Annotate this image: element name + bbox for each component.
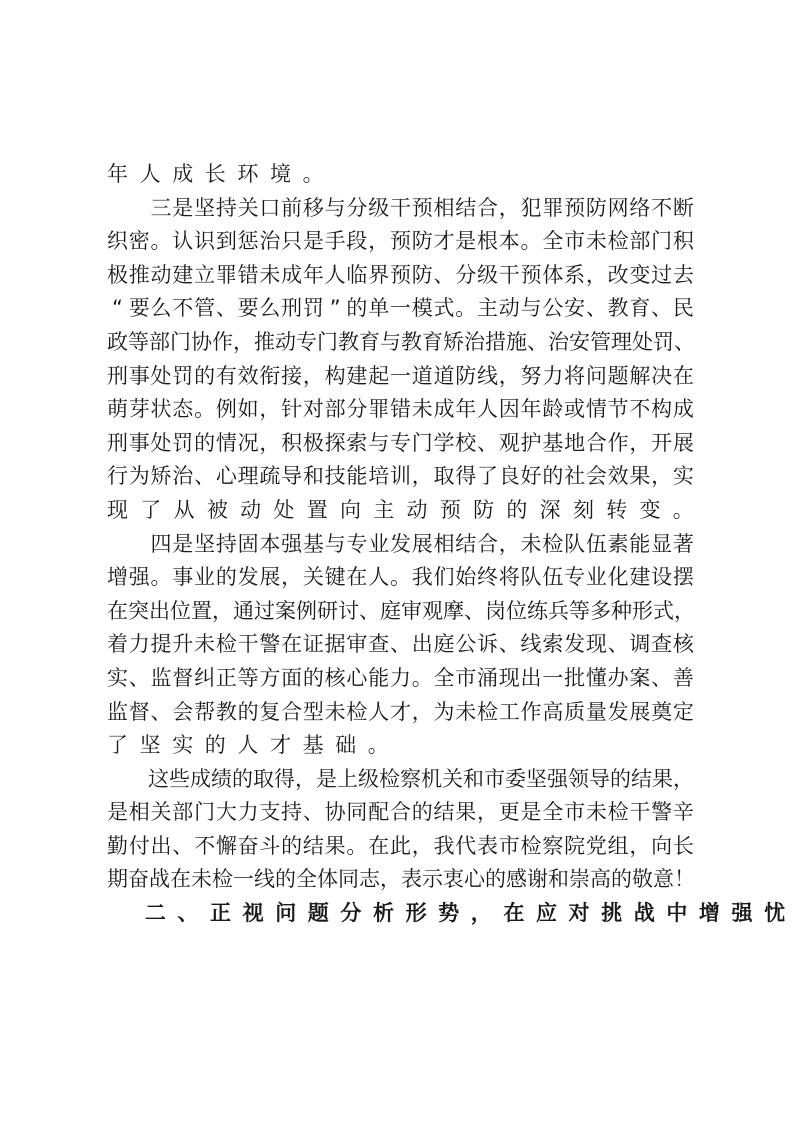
text-line: 二、正视问题分析形势，在应对挑战中增强忧患意识 [107,897,694,931]
text-line: 行为矫治、心理疏导和技能培训，取得了良好的社会效果，实 [107,460,694,494]
body-paragraph: 这些成绩的取得，是上级检察机关和市委坚强领导的结果，是相关部门大力支持、协同配合… [107,763,694,897]
body-paragraph: 年人成长环境。 [107,158,694,192]
text-line: 政等部门协作，推动专门教育与教育矫治措施、治安管理处罚、 [107,326,694,360]
text-line: 在突出位置，通过案例研讨、庭审观摩、岗位练兵等多种形式， [107,595,694,629]
text-line: 极推动建立罪错未成年人临界预防、分级干预体系，改变过去 [107,259,694,293]
text-line: 是相关部门大力支持、协同配合的结果，更是全市未检干警辛 [107,796,694,830]
text-line: 织密。认识到惩治只是手段，预防才是根本。全市未检部门积 [107,225,694,259]
body-paragraph: 三是坚持关口前移与分级干预相结合，犯罪预防网络不断织密。认识到惩治只是手段，预防… [107,192,694,528]
text-line: 了坚实的人才基础。 [107,729,694,763]
text-line: 现了从被动处置向主动预防的深刻转变。 [107,494,694,528]
text-line: 年人成长环境。 [107,158,694,192]
text-line: 刑事处罚的有效衔接，构建起一道道防线，努力将问题解决在 [107,360,694,394]
text-line: 三是坚持关口前移与分级干预相结合，犯罪预防网络不断 [107,192,694,226]
text-line: 实、监督纠正等方面的核心能力。全市涌现出一批懂办案、善 [107,662,694,696]
text-line: 刑事处罚的情况，积极探索与专门学校、观护基地合作，开展 [107,427,694,461]
text-line: 监督、会帮教的复合型未检人才，为未检工作高质量发展奠定 [107,696,694,730]
text-line: 萌芽状态。例如，针对部分罪错未成年人因年龄或情节不构成 [107,393,694,427]
text-line: 四是坚持固本强基与专业发展相结合，未检队伍素能显著 [107,528,694,562]
text-line: 着力提升未检干警在证据审查、出庭公诉、线索发现、调查核 [107,628,694,662]
section-heading: 二、正视问题分析形势，在应对挑战中增强忧患意识 [107,897,694,931]
text-line: 期奋战在未检一线的全体同志，表示衷心的感谢和崇高的敬意！ [107,863,694,897]
text-line: “要么不管、要么刑罚”的单一模式。主动与公安、教育、民 [107,292,694,326]
document-page: 年人成长环境。 三是坚持关口前移与分级干预相结合，犯罪预防网络不断织密。认识到惩… [107,158,694,931]
text-line: 这些成绩的取得，是上级检察机关和市委坚强领导的结果， [107,763,694,797]
body-paragraph: 四是坚持固本强基与专业发展相结合，未检队伍素能显著增强。事业的发展，关键在人。我… [107,528,694,763]
text-line: 增强。事业的发展，关键在人。我们始终将队伍专业化建设摆 [107,561,694,595]
text-line: 勤付出、不懈奋斗的结果。在此，我代表市检察院党组，向长 [107,830,694,864]
